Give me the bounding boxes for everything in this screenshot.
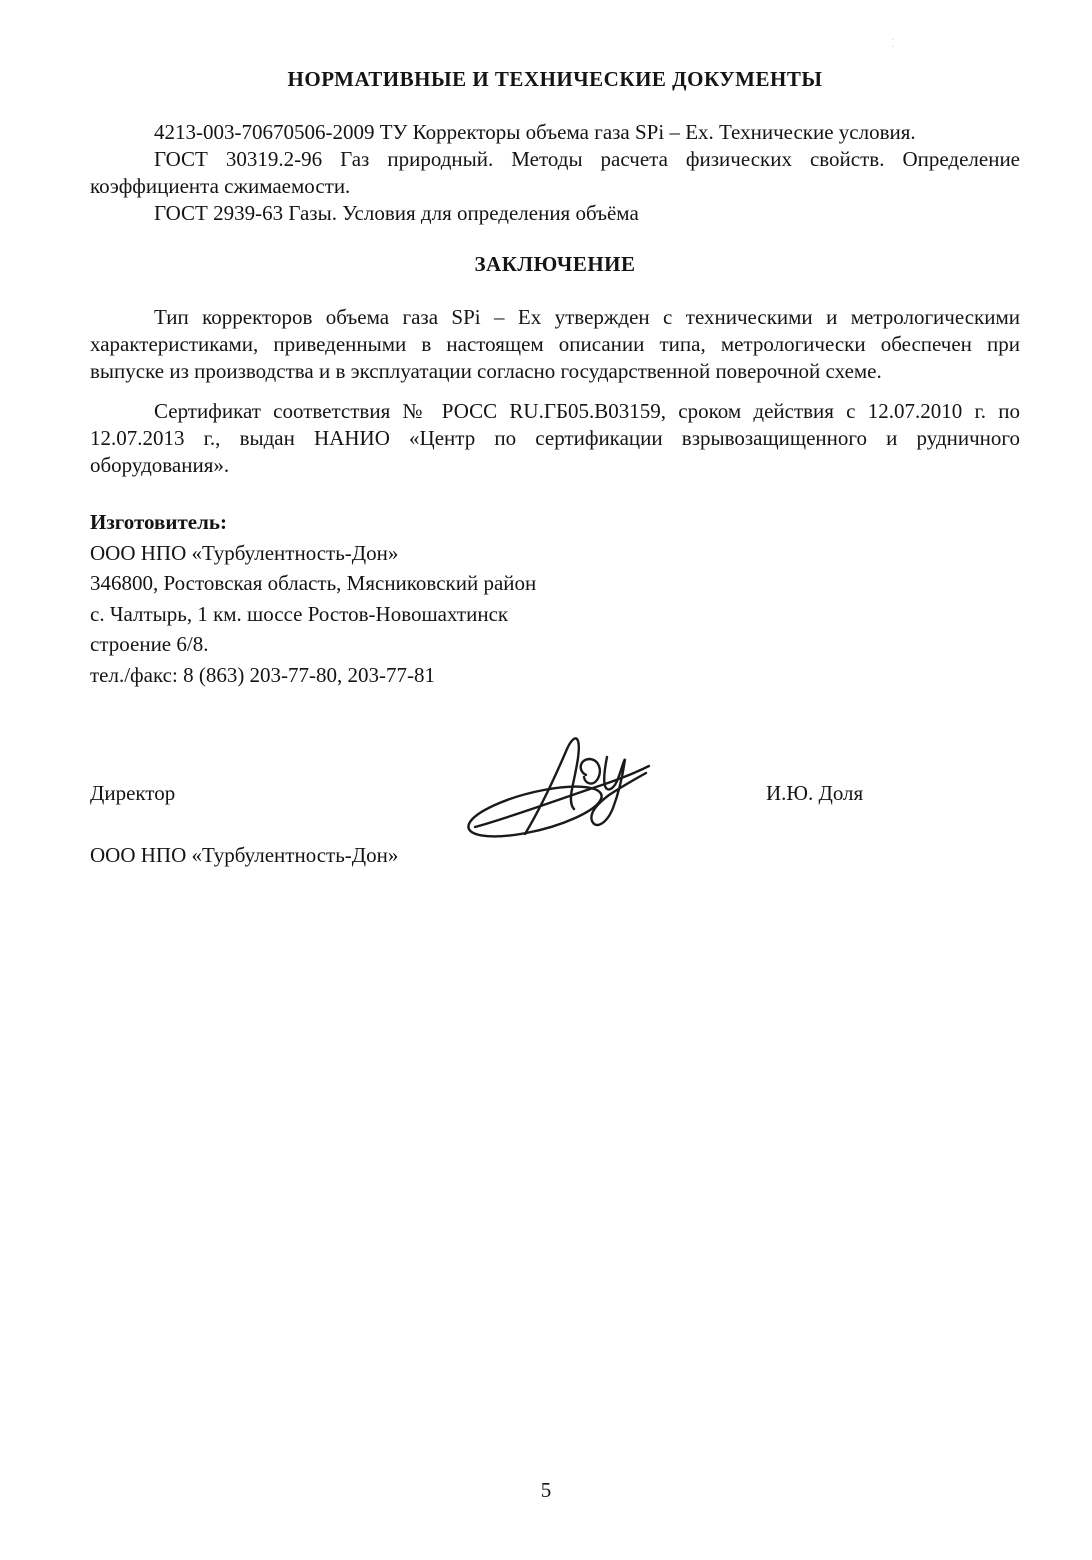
handwritten-signature-image: [455, 729, 655, 839]
conclusion-paragraph-type-approval: Тип корректоров объема газа SPi – Ex утв…: [90, 304, 1020, 385]
signature-row: Директор ООО НПО «Турбулентность-Дон»: [90, 747, 1020, 877]
manufacturer-label: Изготовитель:: [90, 507, 1020, 538]
section-title-normative-documents: НОРМАТИВНЫЕ И ТЕХНИЧЕСКИЕ ДОКУМЕНТЫ: [90, 66, 1020, 93]
standards-paragraph-gost-2939: ГОСТ 2939-63 Газы. Условия для определен…: [90, 200, 1020, 227]
manufacturer-address-line-1: 346800, Ростовская область, Мясниковский…: [90, 568, 1020, 599]
manufacturer-address-line-2: с. Чалтырь, 1 км. шоссе Ростов-Новошахти…: [90, 599, 1020, 630]
signature-strokes: [455, 729, 655, 839]
manufacturer-address-line-3: строение 6/8.: [90, 629, 1020, 660]
document-page: НОРМАТИВНЫЕ И ТЕХНИЧЕСКИЕ ДОКУМЕНТЫ 4213…: [0, 0, 1092, 1560]
signer-name: И.Ю. Доля: [766, 778, 863, 809]
director-position-line-2: ООО НПО «Турбулентность-Дон»: [90, 840, 1020, 871]
standards-paragraph-gost-30319: ГОСТ 30319.2-96 Газ природный. Методы ра…: [90, 146, 1020, 200]
page-content: НОРМАТИВНЫЕ И ТЕХНИЧЕСКИЕ ДОКУМЕНТЫ 4213…: [0, 0, 1092, 877]
conclusion-paragraph-certificate: Сертификат соответствия № РОСС RU.ГБ05.В…: [90, 398, 1020, 479]
standards-paragraph-tu: 4213-003-70670506-2009 ТУ Корректоры объ…: [90, 119, 1020, 146]
manufacturer-company-name: ООО НПО «Турбулентность-Дон»: [90, 538, 1020, 569]
manufacturer-block: Изготовитель: ООО НПО «Турбулентность-До…: [90, 507, 1020, 690]
manufacturer-phone-fax: тел./факс: 8 (863) 203-77-80, 203-77-81: [90, 660, 1020, 691]
section-title-conclusion: ЗАКЛЮЧЕНИЕ: [90, 251, 1020, 278]
page-number: 5: [0, 1477, 1092, 1504]
scan-artifact-dots: [891, 36, 895, 50]
